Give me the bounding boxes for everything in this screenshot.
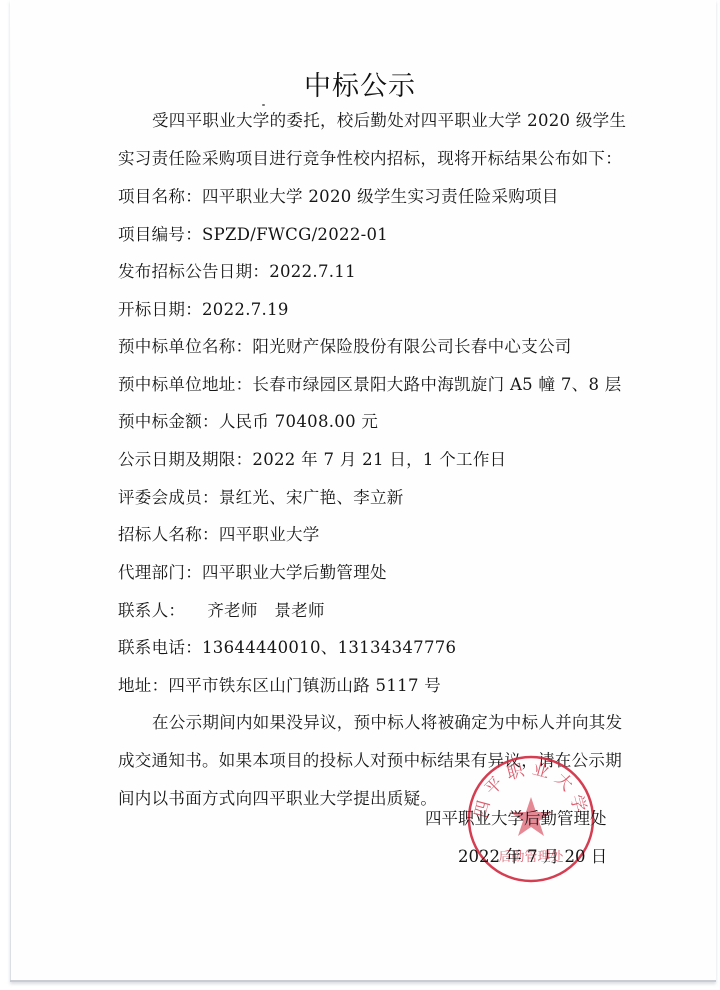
field-winner-name: 预中标单位名称：阳光财产保险股份有限公司长春中心支公司 [118,336,572,358]
field-value: 四平职业大学 2020 级学生实习责任险采购项目 [202,187,559,206]
field-value: 齐老师 景老师 [185,601,325,620]
field-value: 四平市铁东区山门镇沥山路 5117 号 [168,676,441,695]
field-label: 联系人： [118,601,185,620]
scan-speck [262,104,265,106]
field-value: 四平职业大学 [219,525,320,544]
field-opening-date: 开标日期：2022.7.19 [118,299,289,321]
field-address: 地址：四平市铁东区山门镇沥山路 5117 号 [118,675,441,697]
field-value: SPZD/FWCG/2022-01 [202,225,388,244]
closing-line-1: 在公示期间内如果没异议，预中标人将被确定为中标人并向其发 [152,712,622,734]
field-label: 公示日期及期限： [118,450,252,469]
field-label: 招标人名称： [118,525,219,544]
field-agency-department: 代理部门：四平职业大学后勤管理处 [118,562,387,584]
intro-line-1: 受四平职业大学的委托，校后勤处对四平职业大学 2020 级学生 [152,110,626,132]
signature-date: 2022 年 7 月 20 日 [458,846,607,868]
intro-line-2: 实习责任险采购项目进行竞争性校内招标，现将开标结果公布如下： [118,148,622,170]
field-label: 发布招标公告日期： [118,262,269,281]
field-label: 代理部门： [118,563,202,582]
field-value: 2022.7.19 [202,300,289,319]
field-value: 13644440010、13134347776 [202,638,456,657]
field-tenderer-name: 招标人名称：四平职业大学 [118,524,320,546]
field-project-name: 项目名称：四平职业大学 2020 级学生实习责任险采购项目 [118,186,559,208]
field-publicity-period: 公示日期及期限：2022 年 7 月 21 日，1 个工作日 [118,449,506,471]
page-edge [10,0,11,980]
document-title: 中标公示 [0,64,720,103]
field-contact-person: 联系人： 齐老师 景老师 [118,600,325,622]
field-committee-members: 评委会成员：景红光、宋广艳、李立新 [118,487,404,509]
field-value: 阳光财产保险股份有限公司长春中心支公司 [252,337,571,356]
field-label: 预中标单位名称： [118,337,252,356]
field-label: 预中标金额： [118,412,219,431]
field-winner-address: 预中标单位地址：长春市绿园区景阳大路中海凯旋门 A5 幢 7、8 层 [118,374,622,396]
field-label: 项目名称： [118,187,202,206]
field-announcement-date: 发布招标公告日期：2022.7.11 [118,261,356,283]
field-label: 地址： [118,676,168,695]
field-label: 联系电话： [118,638,202,657]
field-value: 长春市绿园区景阳大路中海凯旋门 A5 幢 7、8 层 [252,375,621,394]
signature-organization: 四平职业大学后勤管理处 [425,808,607,830]
field-label: 预中标单位地址： [118,375,252,394]
field-winning-amount: 预中标金额：人民币 70408.00 元 [118,411,378,433]
field-project-number: 项目编号：SPZD/FWCG/2022-01 [118,224,388,246]
field-label: 开标日期： [118,300,202,319]
field-label: 评委会成员： [118,488,219,507]
closing-line-2: 成交通知书。如果本项目的投标人对预中标结果有异议，请在公示期 [118,750,622,772]
field-label: 项目编号： [118,225,202,244]
field-value: 人民币 70408.00 元 [219,412,378,431]
field-contact-phone: 联系电话：13644440010、13134347776 [118,637,456,659]
field-value: 景红光、宋广艳、李立新 [219,488,404,507]
field-value: 四平职业大学后勤管理处 [202,563,387,582]
closing-line-3: 间内以书面方式向四平职业大学提出质疑。 [118,788,437,810]
field-value: 2022.7.11 [269,262,356,281]
field-value: 2022 年 7 月 21 日，1 个工作日 [252,450,506,469]
